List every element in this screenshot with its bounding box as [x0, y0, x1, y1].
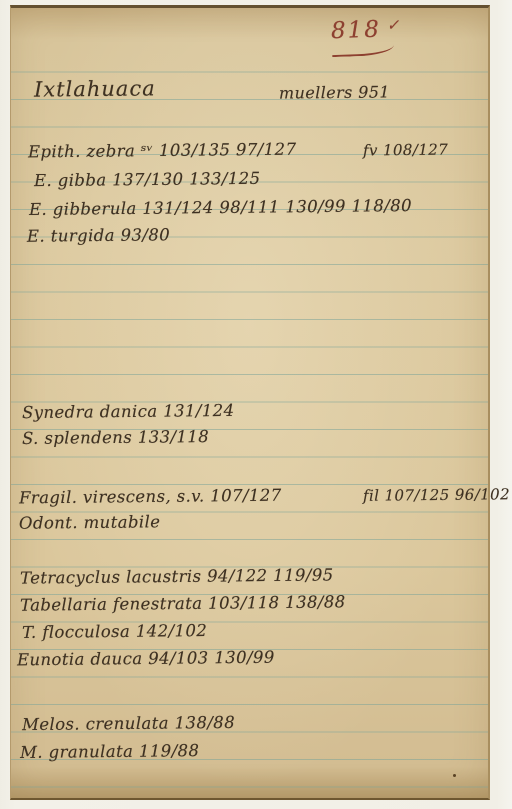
species-entry-annotation: fil 107/125 96/102 [363, 485, 510, 505]
species-entry: E. turgida 93/80 [27, 225, 170, 245]
species-entry: E. gibba 137/130 133/125 [34, 169, 261, 190]
species-entry: Odont. mutabile [19, 512, 161, 532]
species-entry: S. splendens 133/118 [22, 427, 209, 448]
species-entry: E. gibberula 131/124 98/111 130/99 118/8… [29, 196, 412, 219]
species-entry-annotation: fv 108/127 [363, 141, 448, 160]
species-entry: Eunotia dauca 94/103 130/99 [17, 648, 275, 670]
species-entry: Synedra danica 131/124 [22, 401, 235, 422]
paper-speck [453, 774, 456, 777]
species-entry: Melos. crenulata 138/88 [22, 713, 235, 734]
catalog-number-value: 818 [331, 16, 382, 44]
species-entry: M. granulata 119/88 [20, 741, 200, 762]
species-entry: T. flocculosa 142/102 [22, 621, 207, 642]
species-entry: Epith. zebra ˢᵛ 103/135 97/127 [28, 140, 297, 162]
species-entry: Tabellaria fenestrata 103/118 138/88 [20, 592, 346, 614]
check-mark: ✓ [386, 16, 401, 34]
locality-title: Ixtlahuaca [34, 76, 156, 101]
catalog-underline [332, 45, 394, 57]
collector-reference: muellers 951 [279, 82, 390, 102]
species-entry: Tetracyclus lacustris 94/122 119/95 [20, 565, 334, 587]
species-entry: Fragil. virescens, s.v. 107/127 [19, 486, 282, 508]
catalog-number: 818✓ [331, 16, 402, 44]
index-card: 818✓ Ixtlahuaca muellers 951 Epith. zebr… [10, 5, 490, 800]
